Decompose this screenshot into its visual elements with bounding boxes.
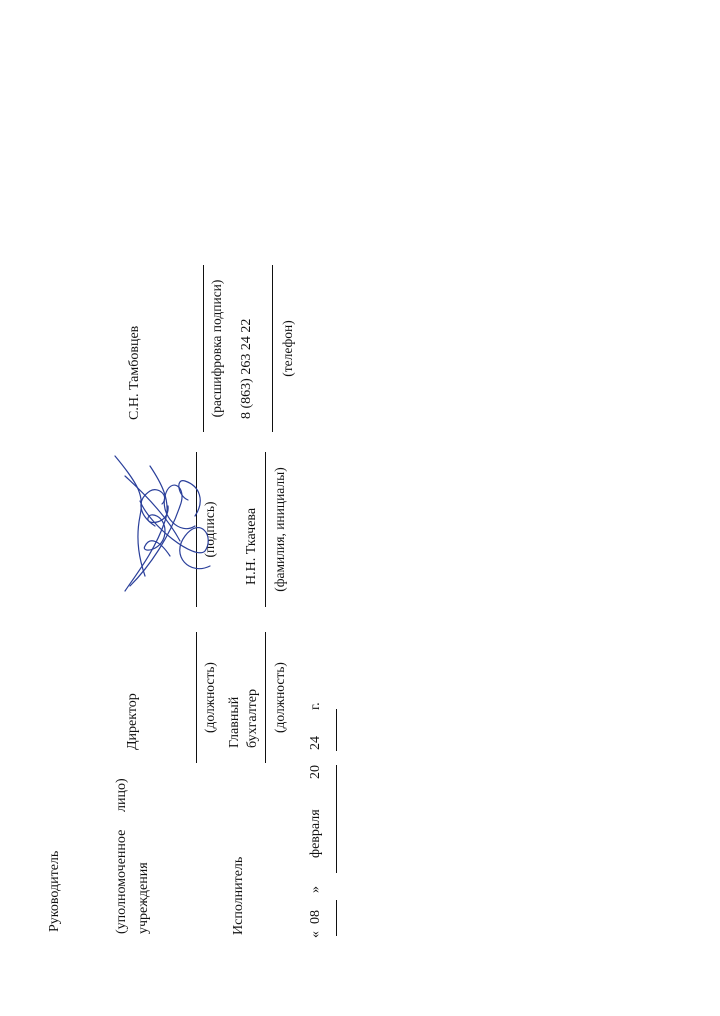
signature-block-page: Руководитель (уполномоченное лицо) учреж… [0, 0, 720, 1016]
head-sublabel-part1: (уполномоченное [115, 830, 129, 934]
executor-label: Исполнитель [232, 857, 246, 935]
date-year-line [336, 709, 337, 751]
executor-position-line2: бухгалтер [246, 689, 260, 748]
date-year: 24 [309, 736, 323, 750]
head-position-caption: (должность) [203, 632, 217, 763]
date-day-line [336, 900, 337, 936]
executor-phone-caption: (телефон) [281, 265, 295, 432]
executor-position-line [265, 632, 266, 763]
head-label: Руководитель [48, 851, 62, 932]
date-suffix: г. [309, 702, 323, 710]
executor-name-line [265, 452, 266, 607]
executor-position-caption: (должность) [273, 632, 287, 763]
executor-name-caption: (фамилия, инициалы) [273, 452, 287, 607]
handwritten-signature [110, 446, 220, 596]
head-position-value: Директор [126, 693, 140, 750]
head-name-caption: (расшифровка подписи) [210, 265, 224, 432]
head-name-value: С.Н. Тамбовцев [128, 326, 142, 420]
date-month: февраля [309, 809, 323, 858]
executor-position-line1: Главный [228, 697, 242, 748]
date-month-line [336, 765, 337, 873]
date-open-quote: « [309, 931, 323, 938]
head-name-line [203, 265, 204, 432]
date-century: 20 [309, 765, 323, 779]
executor-phone-value: 8 (863) 263 24 22 [240, 319, 254, 419]
executor-name-value: Н.Н. Ткачева [245, 508, 259, 585]
head-sublabel-line2: учреждения [137, 862, 151, 934]
date-close-quote: » [309, 886, 323, 893]
executor-phone-line [272, 265, 273, 432]
head-position-line [196, 632, 197, 763]
date-day: 08 [309, 910, 323, 924]
head-sublabel-part2: лицо) [115, 778, 129, 812]
